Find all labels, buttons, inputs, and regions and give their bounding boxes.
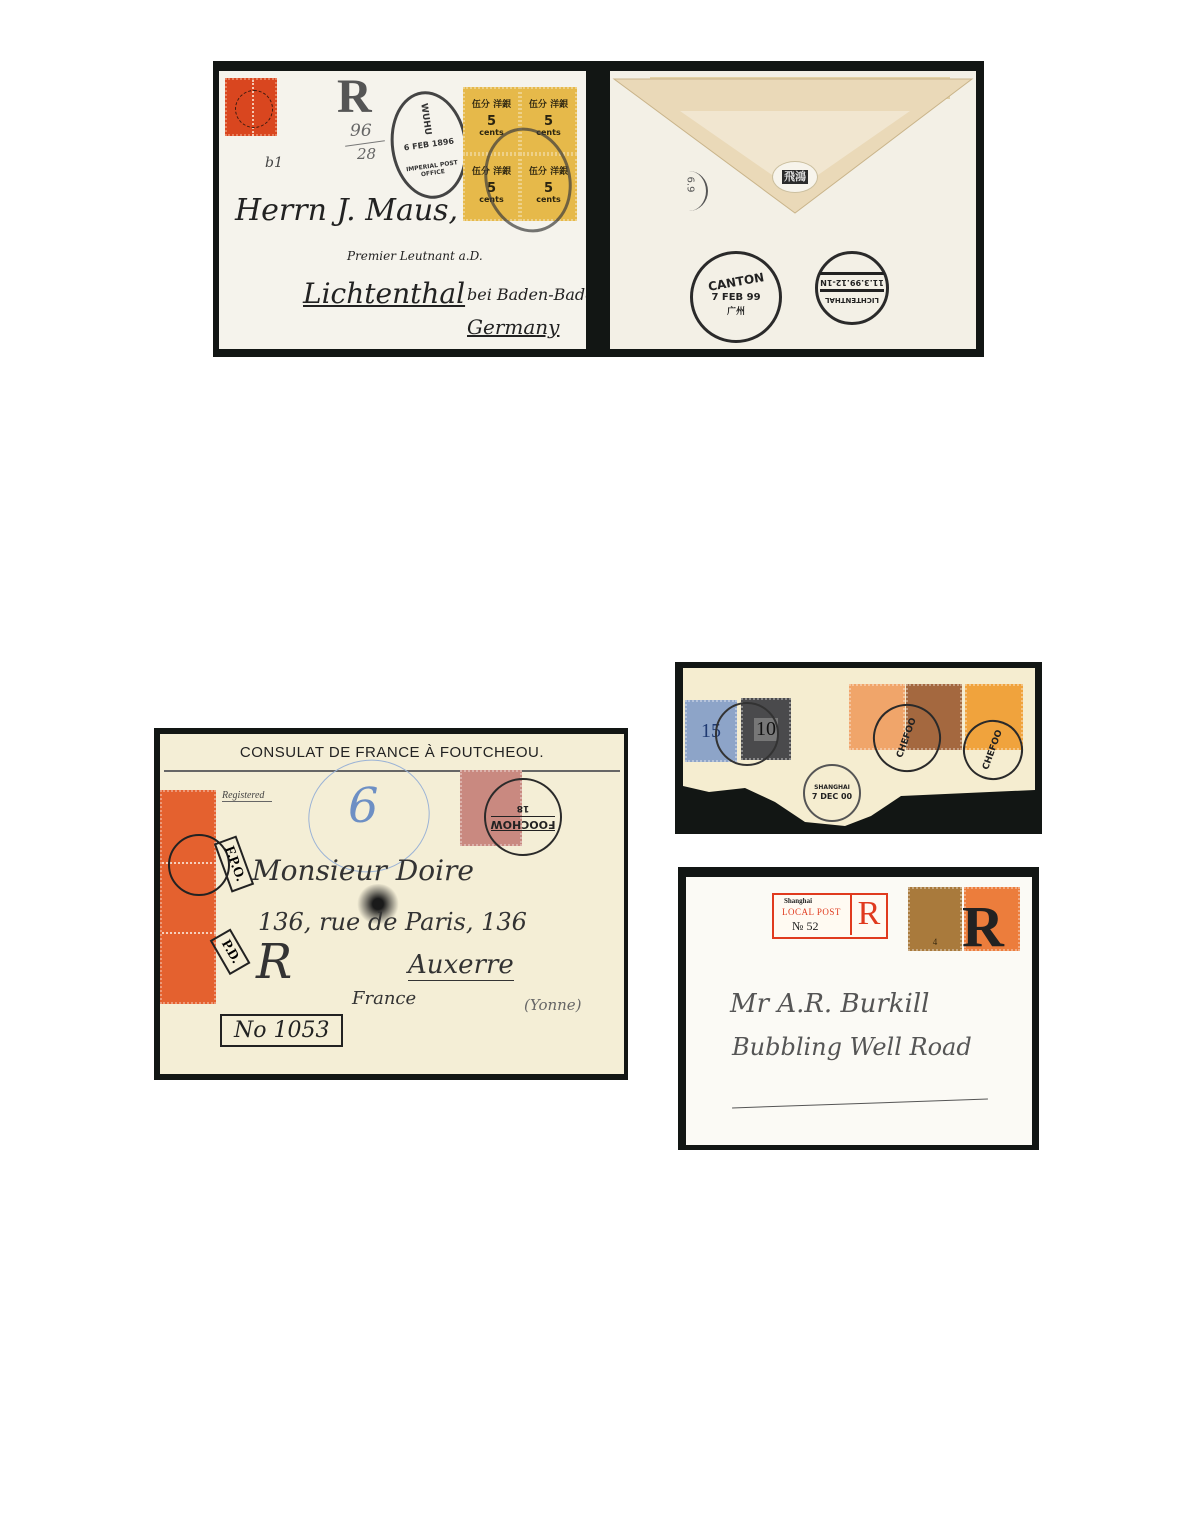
- address-line-2: Premier Leutnant a.D.: [347, 249, 483, 263]
- number-box: No 1053: [220, 1014, 343, 1047]
- pencil-margin-note: b1: [265, 155, 283, 171]
- label-title: LOCAL POST: [782, 907, 841, 917]
- address-line-2: Bubbling Well Road: [732, 1033, 972, 1061]
- pencil-note-bottom: 28: [357, 145, 376, 163]
- registration-r-mark: R: [256, 934, 292, 990]
- envelope-front: R 96 28 b1 WUHU 6 FEB 1896 IMPERIAL POST…: [219, 71, 586, 349]
- blue-pencil-number: 6: [348, 778, 379, 834]
- registration-r-mark: R: [962, 893, 1004, 960]
- oval-postmark-line: 6 FEB 1896: [403, 136, 454, 152]
- cancel-mark: [235, 90, 273, 128]
- address-line-3-town: Lichtenthal: [303, 277, 465, 310]
- canton-postmark: CANTON 7 FEB 99 广州: [690, 251, 782, 343]
- address-line-3-rest: bei Baden-Baden: [467, 285, 586, 304]
- dragon-stamp-4c: 4: [908, 887, 962, 951]
- oval-postmark-line: IMPERIAL POST OFFICE: [397, 157, 468, 181]
- label-number: № 52: [792, 919, 818, 934]
- lichtenthal-postmark: LICHTENTHAL 11.3.99.12-1N: [815, 251, 889, 325]
- label-city: Shanghai: [784, 897, 812, 905]
- hk-stamp-pair: [225, 78, 277, 136]
- address-underline: [732, 1099, 988, 1109]
- address-line-5: (Yonne): [524, 996, 582, 1014]
- address-line-4: France: [352, 988, 416, 1009]
- envelope-back: 飛鴻 6.9 CANTON 7 FEB 99 广州 LICHTENTHAL 11…: [610, 71, 976, 349]
- shanghai-postmark: SHANGHAI 7 DEC 00: [803, 764, 861, 822]
- oval-postmark-wuhu: WUHU 6 FEB 1896 IMPERIAL POST OFFICE: [384, 86, 474, 204]
- seal-chars: 飛鴻: [782, 170, 808, 184]
- registration-label: Shanghai LOCAL POST № 52 R: [772, 893, 888, 939]
- label-r-box: R: [850, 893, 886, 935]
- stamp-fragment: 15 10 CHEFOO CHEFOO SHANGHAI 7 DEC 00: [675, 662, 1042, 834]
- address-line-1: Mr A.R. Burkill: [730, 989, 929, 1019]
- pencil-note-top: 96: [350, 121, 372, 141]
- address-line-3: Auxerre: [408, 950, 514, 981]
- address-line-1: Herrn J. Maus,: [235, 193, 458, 228]
- address-line-4-country: Germany: [467, 315, 559, 339]
- envelope-france: CONSULAT DE FRANCE À FOUTCHEOU. Register…: [160, 734, 624, 1074]
- letterhead: CONSULAT DE FRANCE À FOUTCHEOU.: [160, 744, 624, 761]
- hk-vertical-strip: [160, 790, 216, 1004]
- yellow-stamp-block: 伍分 洋銀 5 cents 伍分 洋銀 5 cents 伍分 洋銀 5 cent…: [463, 87, 577, 221]
- cover-germany-back: 飛鴻 6.9 CANTON 7 FEB 99 广州 LICHTENTHAL 11…: [604, 61, 984, 357]
- partial-postmark-text: 6.9: [684, 177, 695, 193]
- address-line-1: Monsieur Doire: [252, 854, 474, 887]
- label-r-letter: R: [858, 895, 881, 933]
- cover-shanghai: Shanghai LOCAL POST № 52 R 4 R Mr A.R. B…: [678, 867, 1039, 1150]
- french-cancel: [715, 702, 779, 766]
- oval-postmark-line: WUHU: [418, 102, 432, 135]
- cover-germany-front: R 96 28 b1 WUHU 6 FEB 1896 IMPERIAL POST…: [213, 61, 604, 357]
- cover-france: CONSULAT DE FRANCE À FOUTCHEOU. Register…: [154, 728, 628, 1080]
- foochow-postmark: FOOCHOW 18: [484, 778, 562, 856]
- envelope-shanghai: Shanghai LOCAL POST № 52 R 4 R Mr A.R. B…: [686, 877, 1032, 1145]
- wax-seal: 飛鴻: [772, 161, 818, 193]
- registered-note: Registered: [222, 790, 272, 802]
- registration-r-mark: R: [337, 71, 372, 124]
- envelope-flap: [610, 71, 976, 221]
- address-line-2: 136, rue de Paris, 136: [258, 908, 527, 936]
